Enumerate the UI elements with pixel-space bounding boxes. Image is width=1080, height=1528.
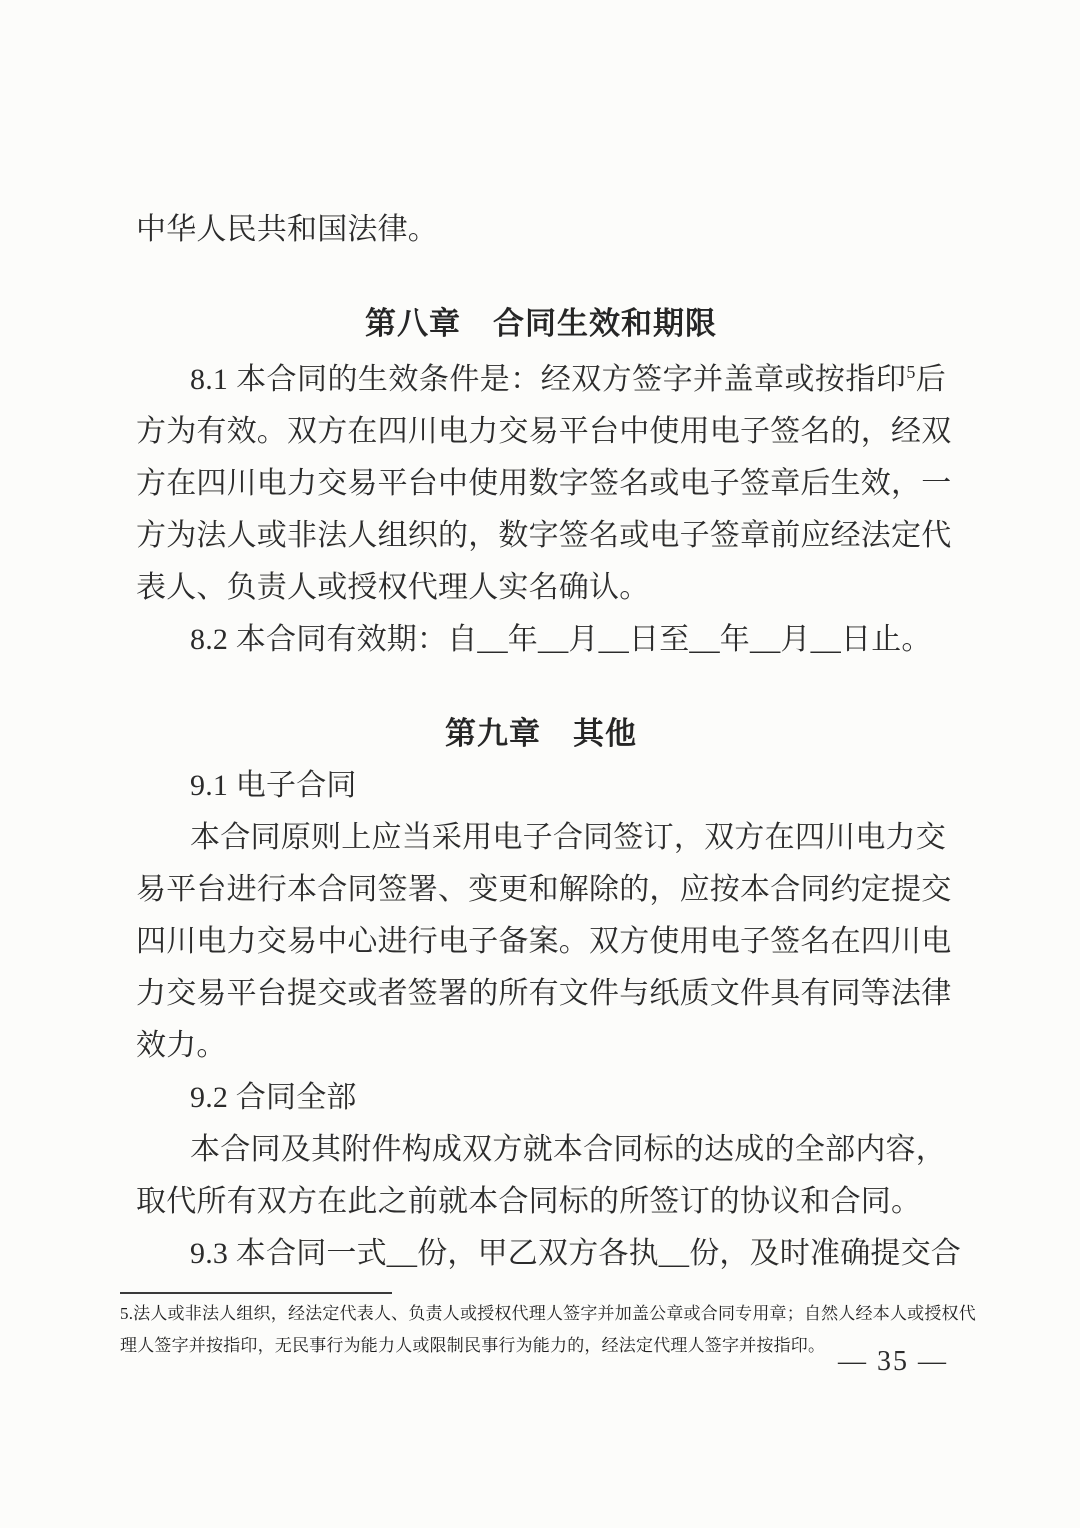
clause-8-1-line-2: 方为有效。双方在四川电力交易平台中使用电子签名的，经双 [136, 406, 946, 458]
chapter-8-title: 第八章 合同生效和期限 [136, 298, 946, 350]
clause-8-1-text-pre: 8.1 本合同的生效条件是：经双方签字并盖章或按指印 [190, 363, 906, 396]
footnote-5-reference: 5 [906, 362, 915, 382]
clause-8-1-line-4: 方为法人或非法人组织的，数字签名或电子签章前应经法定代 [136, 510, 946, 562]
clause-8-1-line-3: 方在四川电力交易平台中使用数字签名或电子签章后生效，一 [136, 458, 946, 510]
clause-8-1-paragraph: 8.1 本合同的生效条件是：经双方签字并盖章或按指印5后 方为有效。双方在四川电… [136, 354, 946, 614]
clause-9-1-heading: 9.1 电子合同 [136, 760, 946, 812]
carryover-line: 中华人民共和国法律。 [136, 204, 946, 256]
chapter-9-title: 第九章 其他 [136, 708, 946, 760]
clause-8-1-text-post: 后 [916, 363, 946, 396]
contract-scanned-page: 中华人民共和国法律。 第八章 合同生效和期限 8.1 本合同的生效条件是：经双方… [0, 0, 1080, 1528]
clause-8-2-line: 8.2 本合同有效期：自__年__月__日至__年__月__日止。 [136, 614, 946, 666]
clause-9-2-heading: 9.2 合同全部 [136, 1072, 946, 1124]
clause-9-1-line-5: 效力。 [136, 1020, 946, 1072]
clause-9-2-line-2: 取代所有双方在此之前就本合同标的所签订的协议和合同。 [136, 1176, 946, 1228]
footnote-line-1: 5.法人或非法人组织，经法定代表人、负责人或授权代理人签字并加盖公章或合同专用章… [120, 1298, 962, 1330]
clause-9-2-line-1: 本合同及其附件构成双方就本合同标的达成的全部内容， [136, 1124, 946, 1176]
clause-8-1-line-1: 8.1 本合同的生效条件是：经双方签字并盖章或按指印5后 [136, 354, 946, 406]
clause-9-1-line-1: 本合同原则上应当采用电子合同签订，双方在四川电力交 [136, 812, 946, 864]
clause-9-2-paragraph: 本合同及其附件构成双方就本合同标的达成的全部内容， 取代所有双方在此之前就本合同… [136, 1124, 946, 1228]
footnote-separator-rule [120, 1292, 392, 1294]
clause-9-1-line-4: 力交易平台提交或者签署的所有文件与纸质文件具有同等法律 [136, 968, 946, 1020]
clause-9-1-paragraph: 本合同原则上应当采用电子合同签订，双方在四川电力交 易平台进行本合同签署、变更和… [136, 812, 946, 1072]
footnote-line-2: 理人签字并按指印，无民事行为能力人或限制民事行为能力的，经法定代理人签字并按指印… [120, 1330, 962, 1362]
clause-9-1-line-3: 四川电力交易中心进行电子备案。双方使用电子签名在四川电 [136, 916, 946, 968]
page-number: — 35 — [838, 1342, 948, 1382]
clause-8-1-line-5: 表人、负责人或授权代理人实名确认。 [136, 562, 946, 614]
clause-9-1-line-2: 易平台进行本合同签署、变更和解除的，应按本合同约定提交 [136, 864, 946, 916]
footnote-block: 5.法人或非法人组织，经法定代表人、负责人或授权代理人签字并加盖公章或合同专用章… [120, 1292, 962, 1362]
clause-9-3-line: 9.3 本合同一式__份，甲乙双方各执__份，及时准确提交合 [136, 1228, 946, 1280]
page-body: 中华人民共和国法律。 第八章 合同生效和期限 8.1 本合同的生效条件是：经双方… [136, 0, 946, 1362]
